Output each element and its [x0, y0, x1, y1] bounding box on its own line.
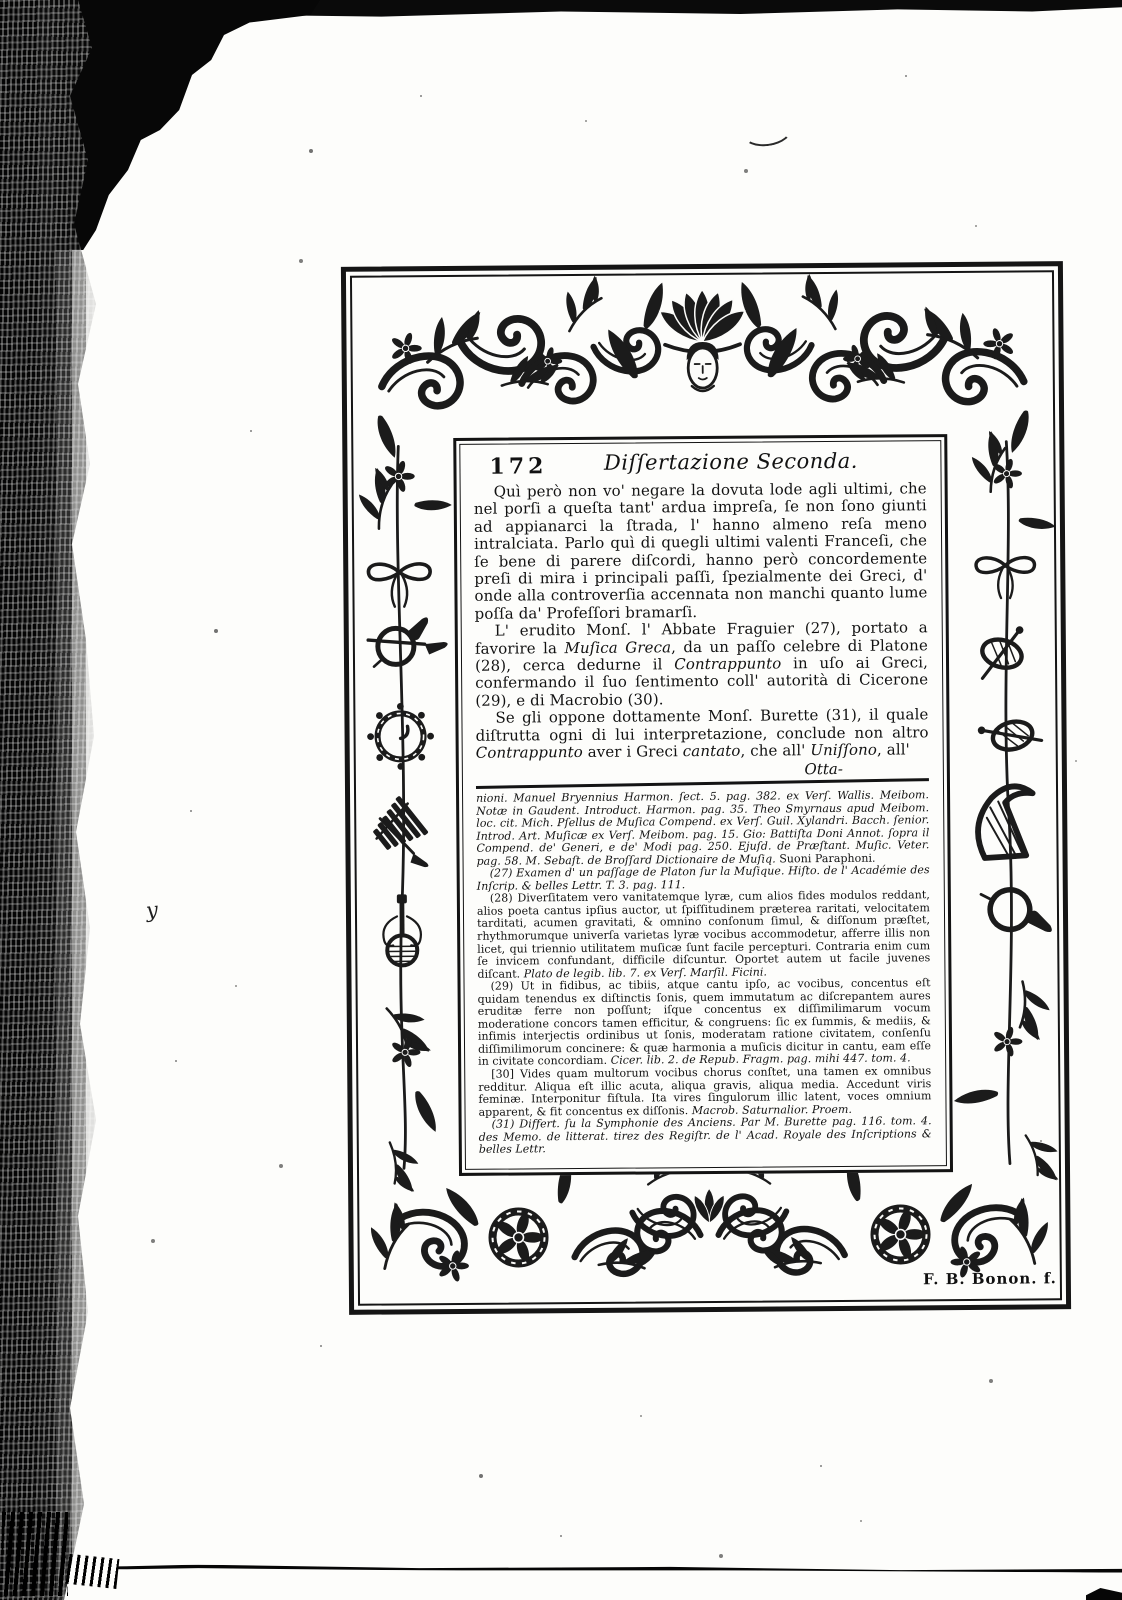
scan-mark-bottom-left-2	[59, 1553, 120, 1589]
page-number: 172	[489, 453, 547, 479]
scan-mark-bottom-left	[2, 1512, 68, 1596]
ribbon-bow-icon	[976, 557, 1035, 598]
paragraph: Se gli oppone dottamente Monſ. Burette (…	[475, 707, 928, 763]
paragraph: nioni. Manuel Bryennius Harmon. ſect. 5.…	[476, 789, 930, 868]
smudge-mark	[740, 113, 794, 150]
panpipes-icon	[364, 794, 430, 860]
mask-icon	[686, 342, 718, 391]
page-frame: F. B. Bonon. f. 172 Diſſertazione Second…	[341, 261, 1071, 1315]
tambourine-icon	[367, 703, 434, 770]
paragraph: (28) Diverſitatem vero vanitatemque lyræ…	[477, 890, 931, 981]
footnotes: nioni. Manuel Bryennius Harmon. ſect. 5.…	[476, 789, 932, 1156]
left-border-trophy	[347, 446, 457, 1195]
paragraph: [30] Vides quam multorum vocibus chorus …	[478, 1065, 931, 1119]
paragraph: (31) Differt. ſu la Symphonie des Ancien…	[479, 1115, 932, 1156]
scan-mark-bottom-right	[1086, 1588, 1122, 1600]
top-border-ornament	[363, 267, 1042, 458]
marginal-mark: y	[145, 897, 159, 922]
panel-content: 172 Diſſertazione Seconda. Quì però non …	[461, 442, 945, 1168]
harp-icon	[978, 786, 1033, 858]
footnote-divider	[476, 778, 929, 788]
panel-header: 172 Diſſertazione Seconda.	[473, 448, 926, 484]
horn-icon	[981, 879, 1053, 946]
scan-edge-bottom	[118, 1564, 1122, 1572]
paragraph: (29) Ut in fidibus, ac tibiis, atque can…	[478, 977, 932, 1068]
paragraph: Quì però non vo' negare la dovuta lode a…	[474, 480, 928, 623]
engraver-signature: F. B. Bonon. f.	[923, 1269, 1057, 1288]
paragraph: L' erudito Monſ. l' Abbate Fraguier (27)…	[475, 620, 929, 711]
text-panel: 172 Diſſertazione Seconda. Quì però non …	[453, 434, 953, 1176]
catchword: Otta-	[804, 759, 843, 777]
scanned-page: y	[0, 0, 1122, 1600]
paper-specks	[0, 0, 2, 2]
body-text: Quì però non vo' negare la dovuta lode a…	[474, 480, 929, 762]
right-border-trophy	[949, 426, 1062, 1185]
